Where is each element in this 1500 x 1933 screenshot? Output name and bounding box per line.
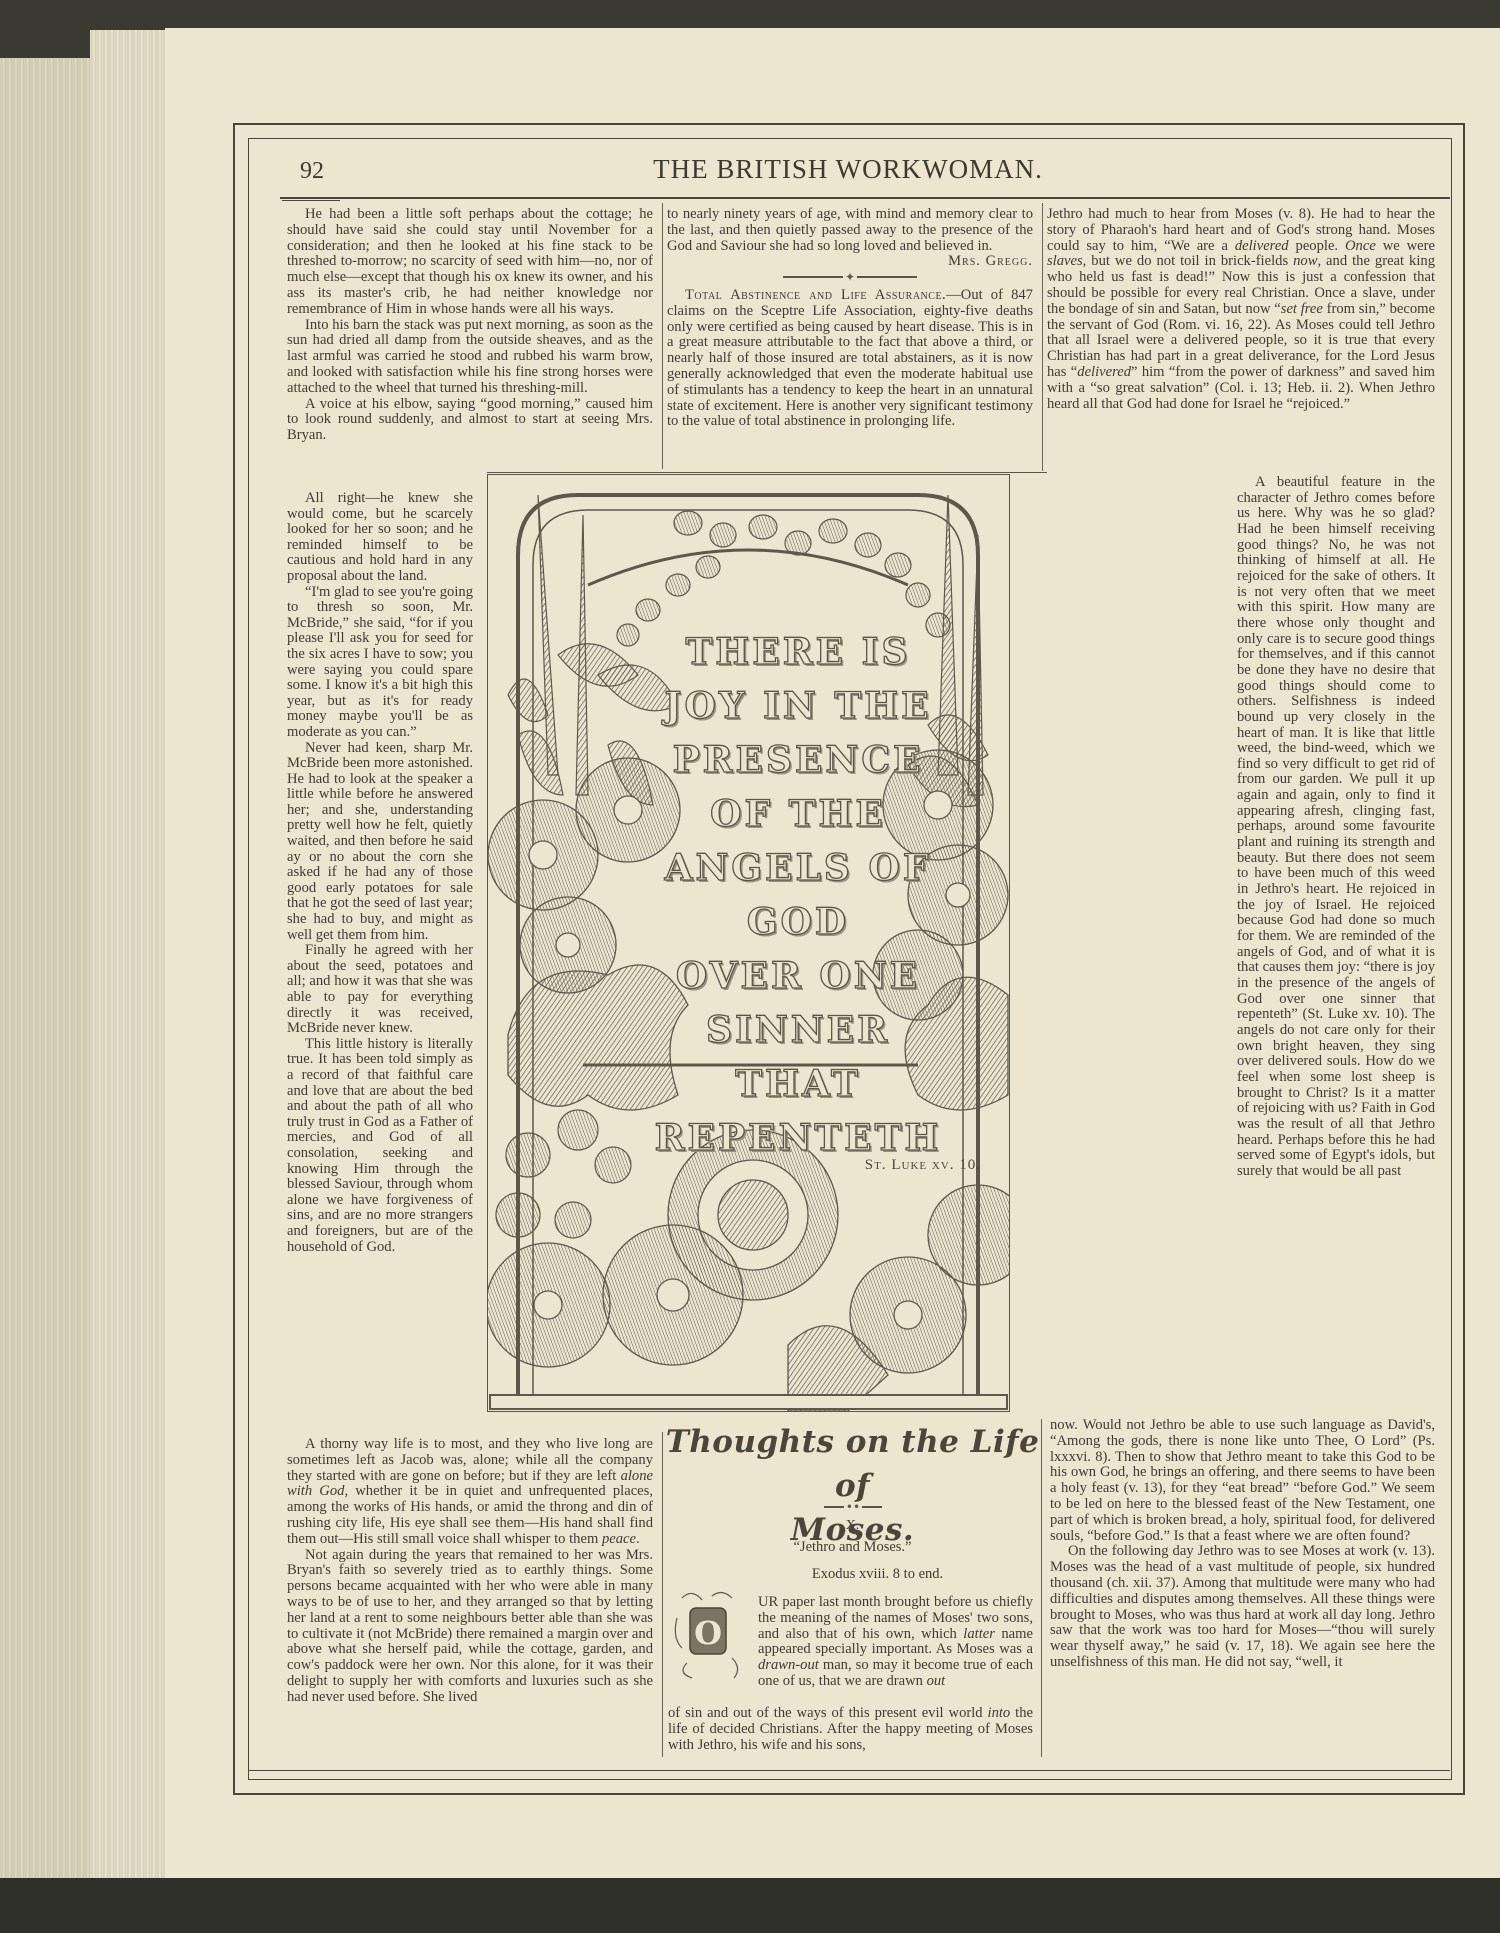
italic-run: slaves [1047, 253, 1083, 269]
paragraph: now. Would not Jethro be able to use suc… [1050, 1418, 1435, 1544]
verse-line: GOD [623, 895, 973, 949]
verse-line: THAT [623, 1057, 973, 1111]
verse-line: OVER ONE [623, 949, 973, 1003]
text-run: we were [1376, 238, 1435, 254]
paragraph: He had been a little soft perhaps about … [287, 207, 653, 318]
verse-line: JOY IN THE [623, 679, 973, 733]
paragraph: All right—he knew she would come, but he… [287, 491, 473, 585]
column-rule-4 [1041, 1419, 1042, 1757]
article-intro-text: UR paper last month brought before us ch… [758, 1595, 1033, 1690]
verse-line: THERE IS [623, 625, 973, 679]
footer-rule [248, 1770, 1450, 1771]
book-page-edges-inner [90, 30, 170, 1890]
article-subtitle: “Jethro and Moses.” [665, 1539, 1040, 1556]
text-run: A thorny way life is to most, and they w… [287, 1436, 653, 1484]
column2-abstinence-text: Total Abstinence and Life Assurance.—Out… [667, 288, 1033, 430]
scripture-reference: Exodus xviii. 8 to end. [690, 1566, 1065, 1583]
column-rule-1 [662, 203, 663, 469]
svg-text:O: O [694, 1614, 722, 1652]
italic-run: latter [963, 1626, 995, 1642]
article-intro-text-cont: of sin and out of the ways of this prese… [668, 1706, 1033, 1753]
verse-line: PRESENCE [623, 733, 973, 787]
italic-run: delivered [1235, 238, 1289, 254]
verse-line: ANGELS OF [623, 841, 973, 895]
paragraph: UR paper last month brought before us ch… [758, 1595, 1033, 1690]
paragraph: Finally he agreed with her about the see… [287, 943, 473, 1037]
article-number: X. [665, 1518, 1040, 1534]
text-run: to nearly ninety years of age, with mind… [667, 206, 1033, 254]
header-rule-short [282, 200, 340, 201]
author-signature: Mrs. Gregg. [948, 254, 1033, 270]
verse-line: OF THE [623, 787, 973, 841]
paragraph: Jethro had much to hear from Moses (v. 8… [1047, 207, 1435, 412]
header-rule [280, 197, 1450, 199]
page-header: 92 THE BRITISH WORKWOMAN. [248, 150, 1448, 195]
verse-reference: St. Luke xv. 10. [865, 1157, 981, 1174]
illustration-top-rule [487, 472, 1047, 473]
paragraph: Into his barn the stack was put next mor… [287, 318, 653, 397]
paragraph: to nearly ninety years of age, with mind… [667, 207, 1033, 254]
column1-top-text: He had been a little soft perhaps about … [287, 207, 653, 444]
scripture-verse: THERE IS JOY IN THE PRESENCE OF THE ANGE… [623, 625, 973, 1165]
engraved-scripture-illustration: THERE IS JOY IN THE PRESENCE OF THE ANGE… [487, 474, 1010, 1412]
column3-top-text: Jethro had much to hear from Moses (v. 8… [1047, 207, 1435, 412]
italic-run: set free [1281, 301, 1323, 317]
italic-run: Once [1345, 238, 1376, 254]
column-rule-2 [1042, 203, 1043, 471]
column1-bottom-text: A thorny way life is to most, and they w… [287, 1437, 653, 1706]
paragraph: of sin and out of the ways of this prese… [668, 1706, 1033, 1753]
italic-run: into [988, 1705, 1011, 1721]
italic-run: drawn-out [758, 1657, 819, 1673]
italic-run: delivered [1077, 364, 1131, 380]
column1-narrow-text: All right—he knew she would come, but he… [287, 491, 473, 1255]
column3-bottom-text: now. Would not Jethro be able to use suc… [1050, 1418, 1435, 1671]
column-rule-3 [662, 1432, 663, 1757]
text-run: . [636, 1531, 640, 1547]
text-run: , but we do not toil in brick-fields [1083, 253, 1293, 269]
paragraph: “I'm glad to see you're going to thresh … [287, 585, 473, 741]
text-run: people. [1289, 238, 1345, 254]
text-run: —Out of 847 claims on the Sceptre Life A… [667, 287, 1033, 429]
verse-line: SINNER [623, 1003, 973, 1057]
section-heading: Total Abstinence and Life Assurance. [685, 287, 946, 303]
paragraph: A voice at his elbow, saying “good morni… [287, 397, 653, 444]
paragraph: Never had keen, sharp Mr. McBride been m… [287, 741, 473, 944]
background-shadow [0, 1878, 1500, 1933]
column2-top-text: to nearly ninety years of age, with mind… [667, 207, 1033, 270]
column3-narrow-text: A beautiful feature in the character of … [1237, 475, 1435, 1180]
paragraph: A beautiful feature in the character of … [1237, 475, 1435, 1180]
text-run: of sin and out of the ways of this prese… [668, 1705, 988, 1721]
paragraph: Total Abstinence and Life Assurance.—Out… [667, 288, 1033, 430]
ornament-divider: ✦ [775, 272, 925, 282]
paragraph: This little history is literally true. I… [287, 1037, 473, 1255]
paragraph: Not again during the years that remained… [287, 1548, 653, 1706]
italic-run: peace [602, 1531, 636, 1547]
ornamental-dropcap-icon: O [672, 1588, 746, 1680]
paragraph: A thorny way life is to most, and they w… [287, 1437, 653, 1548]
running-title: THE BRITISH WORKWOMAN. [248, 154, 1448, 185]
italic-run: out [927, 1673, 946, 1689]
title-ornament-divider: •• [823, 1502, 883, 1512]
paragraph: On the following day Jethro was to see M… [1050, 1544, 1435, 1670]
article-title-line: Thoughts on the Life of [665, 1420, 1040, 1508]
italic-run: now [1293, 253, 1317, 269]
